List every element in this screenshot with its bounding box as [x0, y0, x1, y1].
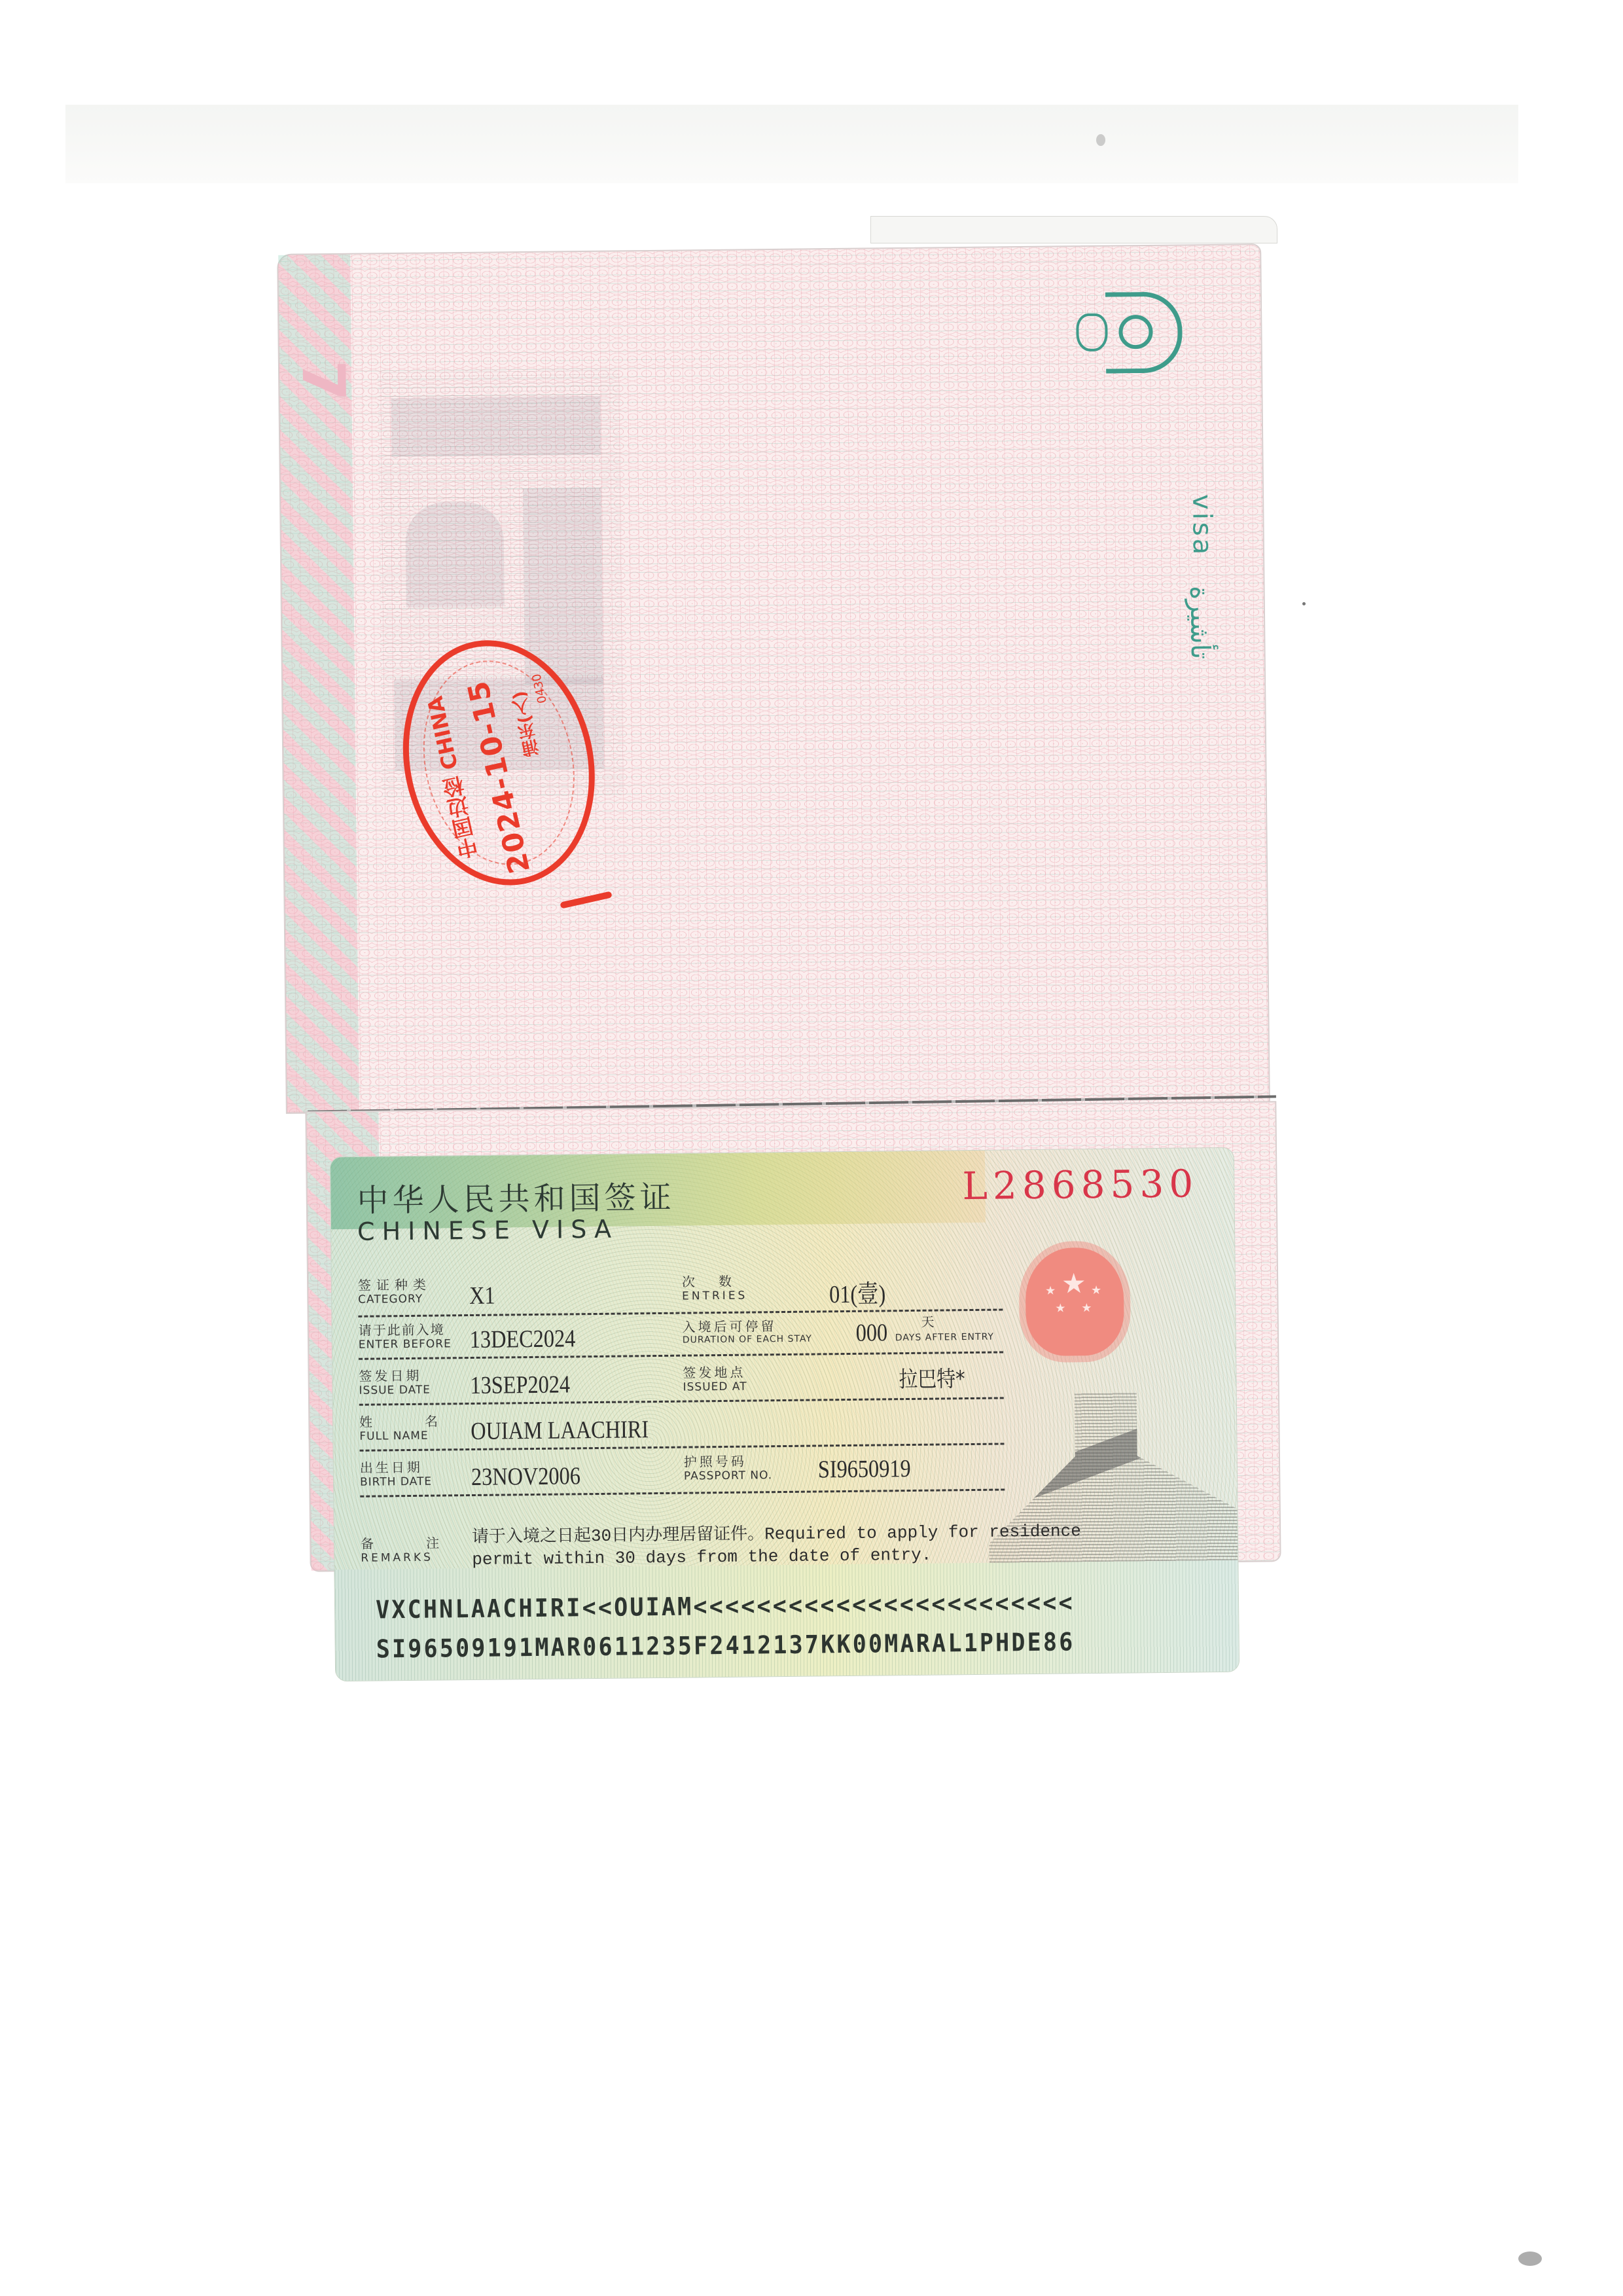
remarks-label-cn: 备 注	[361, 1532, 459, 1552]
duration-label-en: DURATION OF EACH STAY	[683, 1334, 812, 1346]
issue-date-label-en: ISSUE DATE	[359, 1384, 431, 1397]
category-label-cn: 签证种类	[358, 1274, 431, 1294]
stamp-ink-mark	[560, 891, 612, 908]
enter-before-label-cn: 请于此前入境	[358, 1319, 444, 1338]
full-name-label-cn: 姓 名	[359, 1410, 457, 1431]
entries-label-cn: 次 数	[682, 1271, 737, 1291]
mrz-zone: VXCHNLAACHIRI<<OUIAM<<<<<<<<<<<<<<<<<<<<…	[334, 1560, 1239, 1681]
visa-title-cn: 中华人民共和国签证	[357, 1172, 675, 1221]
category-value: X1	[469, 1282, 495, 1310]
row-category-entries: 签证种类 CATEGORY X1 次 数 ENTRIES 01(壹)	[358, 1268, 1003, 1318]
row-birth-passport: 出生日期 BIRTH DATE 23NOV2006 护照号码 PASSPORT …	[360, 1448, 1005, 1497]
passport-no-label-en: PASSPORT NO.	[684, 1469, 772, 1482]
birth-date-label-cn: 出生日期	[360, 1457, 423, 1477]
moroccan-emblem-icon	[1105, 291, 1183, 373]
passport-no-value: SI9650919	[818, 1454, 911, 1484]
row-issue-date-place: 签发日期 ISSUE DATE 13SEP2024 签发地点 ISSUED AT…	[359, 1356, 1004, 1405]
duration-label-cn: 入境后可停留	[682, 1316, 776, 1336]
issued-at-label-en: ISSUED AT	[683, 1380, 747, 1394]
row-enter-before-duration: 请于此前入境 ENTER BEFORE 13DEC2024 入境后可停留 DUR…	[358, 1311, 1003, 1360]
scan-dust	[1518, 2251, 1542, 2266]
birth-date-label-en: BIRTH DATE	[360, 1475, 432, 1489]
full-name-label-en: FULL NAME	[359, 1429, 429, 1443]
issue-date-label-cn: 签发日期	[359, 1365, 421, 1385]
visa-label-ar: تأشيرة	[1185, 586, 1215, 659]
duration-unit-cn: 天	[921, 1312, 939, 1331]
entries-label-en: ENTRIES	[682, 1289, 747, 1303]
chinese-visa-sticker: 中华人民共和国签证 CHINESE VISA L2868530 ★ ★ ★ ★ …	[330, 1147, 1240, 1681]
passport-page-upper: 7 visa تأشيرة 中国边检 CHINA 2024-10-15 浦东(入…	[277, 243, 1270, 1114]
enter-before-label-en: ENTER BEFORE	[359, 1337, 452, 1351]
passport-booklet: 7 visa تأشيرة 中国边检 CHINA 2024-10-15 浦东(入…	[281, 216, 1276, 1604]
row-full-name: 姓 名 FULL NAME OUIAM LAACHIRI	[359, 1402, 1005, 1451]
scanner-background	[65, 105, 1518, 183]
visa-label-en: visa	[1186, 494, 1217, 558]
duration-value: 000	[855, 1318, 887, 1348]
full-name-value: OUIAM LAACHIRI	[471, 1415, 649, 1446]
back-page-edge	[870, 216, 1277, 243]
remarks-label-en: REMARKS	[361, 1551, 433, 1565]
entries-value: 01(壹)	[829, 1273, 886, 1310]
mrz-line-2: SI96509191MAR0611235F2412137KK00MARAL1PH…	[376, 1627, 1075, 1663]
birth-date-value: 23NOV2006	[471, 1462, 580, 1492]
mrz-line-1: VXCHNLAACHIRI<<OUIAM<<<<<<<<<<<<<<<<<<<<…	[376, 1588, 1075, 1624]
category-label-en: CATEGORY	[358, 1293, 423, 1306]
page-number: 7	[289, 360, 358, 402]
issued-at-label-cn: 签发地点	[683, 1362, 745, 1382]
enter-before-value: 13DEC2024	[470, 1324, 576, 1354]
visa-number: L2868530	[962, 1161, 1199, 1208]
visa-title-en: CHINESE VISA	[357, 1215, 618, 1246]
duration-unit-en: DAYS AFTER ENTRY	[895, 1332, 994, 1344]
scan-dust	[1096, 134, 1105, 146]
passport-no-label-cn: 护照号码	[684, 1451, 747, 1471]
scan-dust	[1302, 602, 1306, 605]
issue-date-value: 13SEP2024	[470, 1370, 570, 1400]
national-emblem-icon: ★ ★ ★ ★ ★	[1025, 1247, 1124, 1357]
issued-at-value: 拉巴特*	[899, 1361, 965, 1393]
